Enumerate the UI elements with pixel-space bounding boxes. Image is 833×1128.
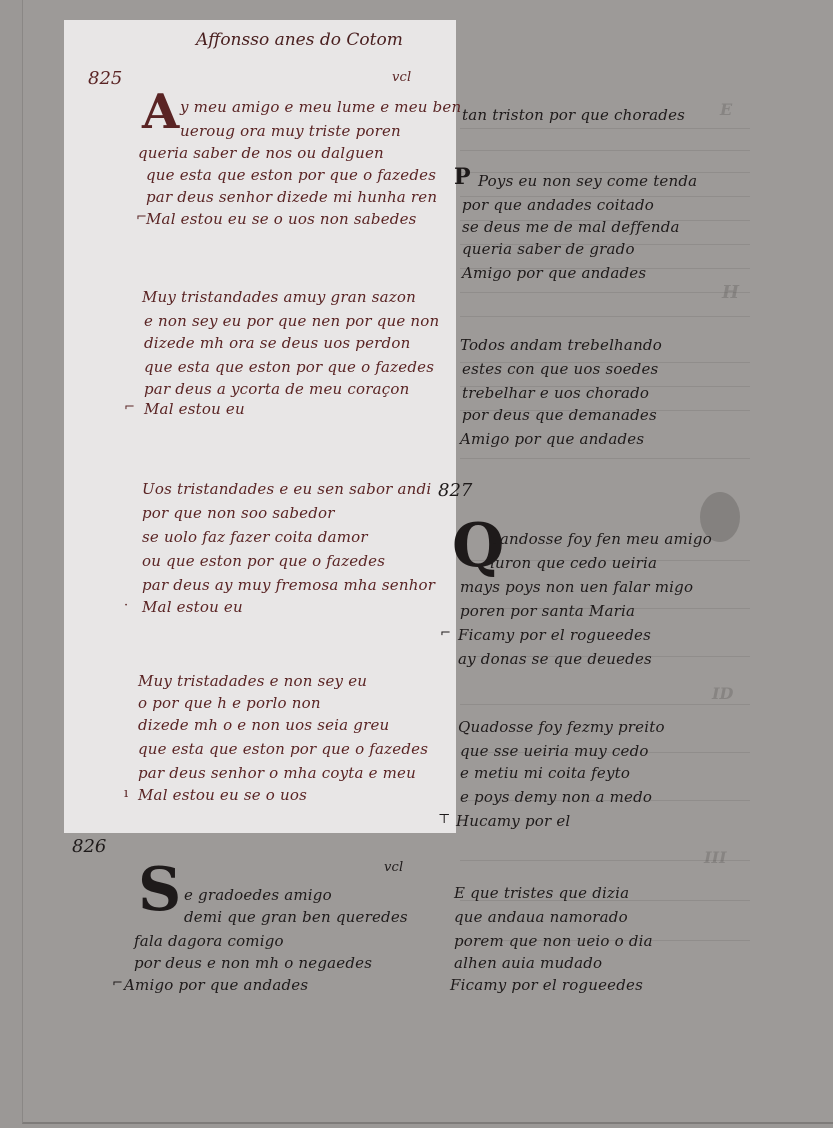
verse-line: E que tristes que dizia [454,884,629,902]
verse-line-refrain: Amigo por que andades [460,430,644,448]
bleed-through-mark: III [704,848,726,867]
verse-line: que sse ueiria muy cedo [460,742,649,760]
refrain-marker: ⌐ [440,626,451,641]
verse-line-refrain: Mal estou eu [142,598,243,616]
verse-line: porem que non ueio o dia [454,932,653,950]
verse-line-refrain: Mal estou eu [144,400,245,418]
verse-line: que esta que eston por que o fazedes [138,740,428,758]
verse-line-refrain: Ficamy por el rogueedes [458,626,651,644]
verse-line: Todos andam trebelhando [460,336,662,354]
refrain-marker: ı [124,786,128,801]
verse-line: Quadosse foy fezmy preito [458,718,665,736]
roman-numeral: vcl [392,70,411,85]
verse-line: Muy tristandades amuy gran sazon [142,288,416,306]
poem-number: 825 [88,68,122,89]
refrain-marker: ⌐ [124,400,135,415]
ruling-line [460,150,750,151]
refrain-marker: · [124,598,128,613]
stanza-initial: P [454,166,471,188]
verse-line: dizede mh o e non uos seia greu [138,716,389,734]
verse-line-refrain: Amigo por que andades [462,264,646,282]
verse-line: par deus senhor o mha coyta e meu [138,764,416,782]
verse-line: por que non soo sabedor [142,504,335,522]
bleed-through-mark: H [722,282,739,303]
verse-line-refrain: Amigo por que andades [124,976,308,994]
verse-line: que esta que eston por que o fazedes [146,166,436,184]
ruling-line [460,316,750,317]
decorated-initial: A [142,88,179,136]
verse-line: queria saber de grado [462,240,635,258]
verse-line: se uolo faz fazer coita damor [142,528,368,546]
verse-line: iuron que cedo ueiria [490,554,657,572]
verse-line: alhen auia mudado [454,954,602,972]
verse-line: demi que gran ben queredes [184,908,408,926]
verse-line: se deus me de mal deffenda [462,218,680,236]
verse-line: Muy tristadades e non sey eu [138,672,367,690]
verse-line: ay donas se que deuedes [458,650,652,668]
verse-line: uandosse foy fen meu amigo [490,530,712,548]
verse-line-refrain: Mal estou eu se o uos non sabedes [146,210,417,228]
verse-line: tan triston por que chorades [462,106,685,124]
verse-line: e non sey eu por que nen por que non [144,312,439,330]
verse-line-refrain: Hucamy por el [456,812,570,830]
verse-line: estes con que uos soedes [462,360,658,378]
verse-line: fala dagora comigo [134,932,284,950]
verse-line: e metiu mi coita feyto [460,764,630,782]
verse-line: que esta que eston por que o fazedes [144,358,434,376]
verse-line: queria saber de nos ou dalguen [138,144,384,162]
verse-line: e poys demy non a medo [460,788,652,806]
verse-line: ueroug ora muy triste poren [180,122,401,140]
verse-line: por que andades coitado [462,196,654,214]
bleed-through-mark: ID [712,684,733,703]
ruling-line [460,292,750,293]
poem-number: 826 [72,836,106,857]
ruling-line [460,704,750,705]
poem-number: 827 [438,480,472,501]
verse-line: por deus e non mh o negaedes [134,954,372,972]
verse-line: Uos tristandades e eu sen sabor andi [142,480,431,498]
ruling-line [460,128,750,129]
header-note: Affonsso anes do Cotom [196,30,403,50]
decorated-initial: S [138,860,181,920]
ruling-line [460,458,750,459]
verse-line-refrain: Mal estou eu se o uos [138,786,307,804]
verse-line: por deus que demanades [462,406,657,424]
verse-line: par deus a ycorta de meu coraçon [144,380,409,398]
verse-line: par deus senhor dizede mi hunha ren [146,188,437,206]
verse-line: poren por santa Maria [460,602,635,620]
verse-line: o por que h e porlo non [138,694,321,712]
verse-line: ou que eston por que o fazedes [142,552,385,570]
refrain-marker: ⊤ [438,812,450,827]
bleed-through-mark: E [720,100,732,119]
verse-line: mays poys non uen falar migo [460,578,693,596]
verse-line: e gradoedes amigo [184,886,332,904]
roman-numeral: vcl [384,860,403,875]
verse-line-refrain: Ficamy por el rogueedes [450,976,643,994]
verse-line: trebelhar e uos chorado [462,384,649,402]
verse-line: Poys eu non sey come tenda [478,172,697,190]
verse-line: que andaua namorado [454,908,628,926]
verse-line: dizede mh ora se deus uos perdon [144,334,410,352]
verse-line: par deus ay muy fremosa mha senhor [142,576,435,594]
refrain-marker: ⌐ [112,976,123,991]
verse-line: y meu amigo e meu lume e meu ben [180,98,461,116]
